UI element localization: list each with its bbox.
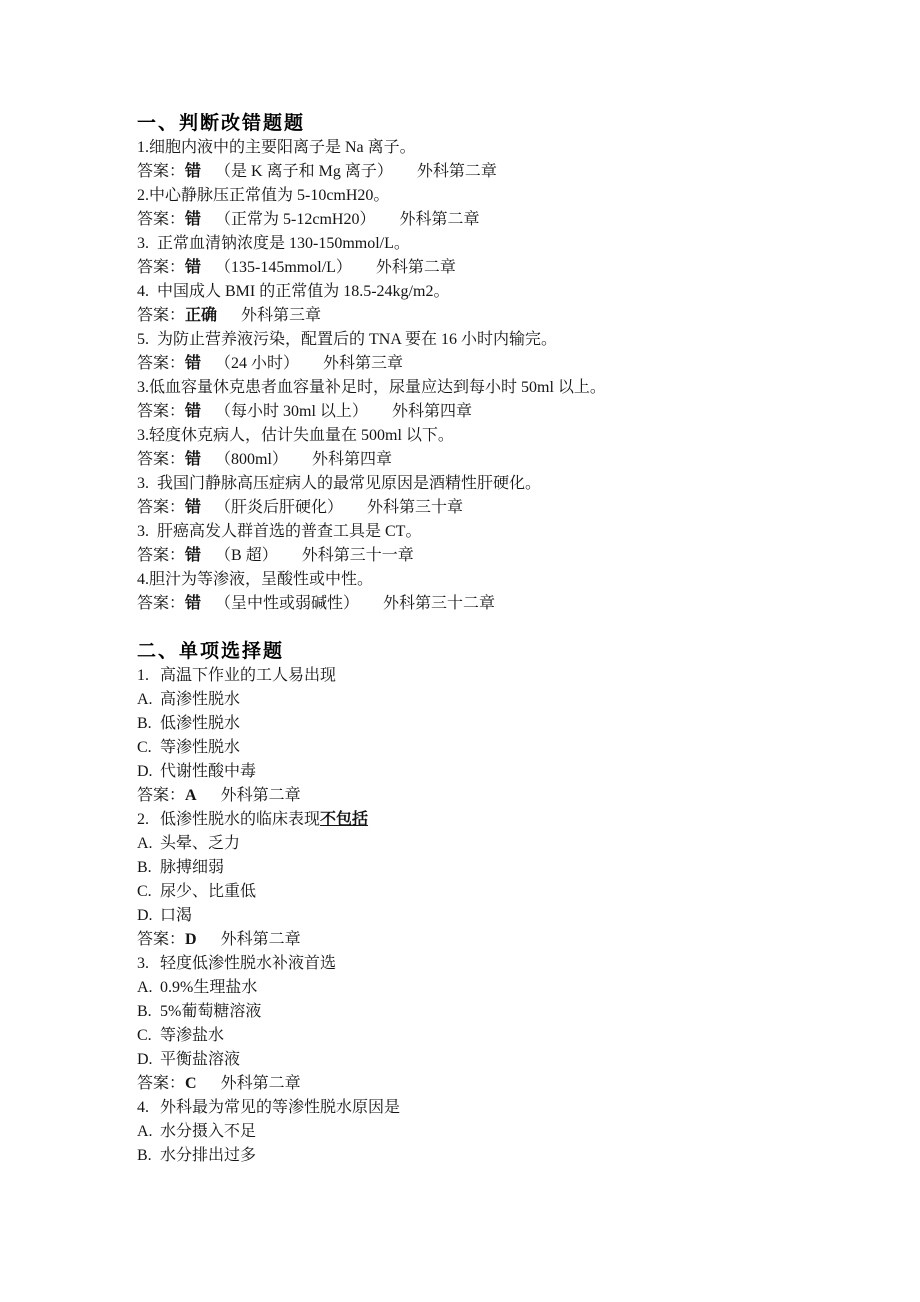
option-text: 尿少、比重低 [160,883,256,900]
question-number: 3. [137,952,160,976]
option-letter: B. [137,712,160,736]
tf-answer-8: 答案：错（肝炎后肝硬化）外科第三十章 [137,496,897,520]
question-text: 外科最为常见的等渗性脱水原因是 [160,1099,400,1116]
option-letter: B. [137,1000,160,1024]
mcq-question-3: 3.轻度低渗性脱水补液首选 [137,952,897,976]
chapter-ref: 外科第三十章 [367,499,463,516]
option-text: 口渴 [160,907,192,924]
chapter-ref: 外科第二章 [221,931,301,948]
chapter-ref: 外科第二章 [221,1075,301,1092]
tf-question-1: 1.细胞内液中的主要阳离子是 Na 离子。 [137,136,897,160]
mcq-option: B.5%葡萄糖溶液 [137,1000,897,1024]
tf-question-4: 4. 中国成人 BMI 的正常值为 18.5-24kg/m2。 [137,280,897,304]
answer-label: 答案： [137,163,185,180]
answer-label: 答案： [137,787,185,804]
question-text: 轻度低渗性脱水补液首选 [160,955,336,972]
tf-answer-3: 答案：错（135-145mmol/L）外科第二章 [137,256,897,280]
answer-verdict: 错 [185,595,201,612]
mcq-option: B.脉搏细弱 [137,856,897,880]
tf-question-10: 4.胆汁为等渗液，呈酸性或中性。 [137,568,897,592]
chapter-ref: 外科第二章 [221,787,301,804]
answer-label: 答案： [137,355,185,372]
answer-correction: （肝炎后肝硬化） [215,499,343,516]
answer-correction: （B 超） [215,547,278,564]
mcq-option: A.水分摄入不足 [137,1120,897,1144]
chapter-ref: 外科第二章 [376,259,456,276]
chapter-ref: 外科第三章 [323,355,403,372]
option-text: 代谢性酸中毒 [160,763,256,780]
answer-label: 答案： [137,211,185,228]
mcq-question-2: 2.低渗性脱水的临床表现不包括 [137,808,897,832]
mcq-option: C.尿少、比重低 [137,880,897,904]
option-text: 水分摄入不足 [160,1123,256,1140]
mcq-question-4: 4.外科最为常见的等渗性脱水原因是 [137,1096,897,1120]
tf-question-6: 3.低血容量休克患者血容量补足时，尿量应达到每小时 50ml 以上。 [137,376,897,400]
question-number: 4. [137,1096,160,1120]
option-text: 高渗性脱水 [160,691,240,708]
answer-verdict: 错 [185,499,201,516]
answer-label: 答案： [137,595,185,612]
option-text: 等渗性脱水 [160,739,240,756]
answer-verdict: 错 [185,403,201,420]
tf-answer-6: 答案：错（每小时 30ml 以上）外科第四章 [137,400,897,424]
answer-label: 答案： [137,451,185,468]
option-letter: A. [137,688,160,712]
answer-correction: （每小时 30ml 以上） [215,403,368,420]
tf-answer-2: 答案：错（正常为 5-12cmH20）外科第二章 [137,208,897,232]
option-text: 头晕、乏力 [160,835,240,852]
chapter-ref: 外科第四章 [312,451,392,468]
tf-question-7: 3.轻度休克病人，估计失血量在 500ml 以下。 [137,424,897,448]
mcq-option: B.低渗性脱水 [137,712,897,736]
tf-question-3: 3. 正常血清钠浓度是 130-150mmol/L。 [137,232,897,256]
section-judgement-heading: 一、判断改错题题 [137,112,897,136]
document-content: 一、判断改错题题 1.细胞内液中的主要阳离子是 Na 离子。 答案：错（是 K … [137,112,897,1168]
answer-verdict: 错 [185,355,201,372]
mcq-answer-2: 答案：D外科第二章 [137,928,897,952]
mcq-option: A.头晕、乏力 [137,832,897,856]
answer-verdict: 错 [185,163,201,180]
mcq-option: D.口渴 [137,904,897,928]
tf-answer-7: 答案：错（800ml）外科第四章 [137,448,897,472]
mcq-option: D.代谢性酸中毒 [137,760,897,784]
mcq-option: B.水分排出过多 [137,1144,897,1168]
chapter-ref: 外科第三十二章 [383,595,495,612]
option-letter: C. [137,736,160,760]
answer-verdict: 错 [185,259,201,276]
answer-correction: （呈中性或弱碱性） [215,595,359,612]
mcq-answer-1: 答案：A外科第二章 [137,784,897,808]
mcq-answer-3: 答案：C外科第二章 [137,1072,897,1096]
question-text: 高温下作业的工人易出现 [160,667,336,684]
chapter-ref: 外科第四章 [392,403,472,420]
question-emphasis: 不包括 [320,811,368,828]
mcq-option: A.0.9%生理盐水 [137,976,897,1000]
tf-question-2: 2.中心静脉压正常值为 5-10cmH20。 [137,184,897,208]
answer-correction: （24 小时） [215,355,299,372]
section-choice-heading: 二、单项选择题 [137,640,897,664]
answer-letter: C [185,1075,197,1092]
answer-label: 答案： [137,259,185,276]
answer-correction: （800ml） [215,451,288,468]
option-text: 0.9%生理盐水 [160,979,257,996]
question-number: 2. [137,808,160,832]
answer-correction: （135-145mmol/L） [215,259,352,276]
option-text: 水分排出过多 [160,1147,256,1164]
option-letter: C. [137,1024,160,1048]
answer-letter: D [185,931,197,948]
chapter-ref: 外科第二章 [417,163,497,180]
tf-answer-9: 答案：错（B 超）外科第三十一章 [137,544,897,568]
option-text: 等渗盐水 [160,1027,224,1044]
mcq-option: D.平衡盐溶液 [137,1048,897,1072]
chapter-ref: 外科第二章 [399,211,479,228]
answer-verdict: 错 [185,211,201,228]
option-letter: D. [137,760,160,784]
option-letter: A. [137,832,160,856]
answer-label: 答案： [137,403,185,420]
option-letter: B. [137,856,160,880]
option-letter: A. [137,976,160,1000]
mcq-option: A.高渗性脱水 [137,688,897,712]
chapter-ref: 外科第三十一章 [302,547,414,564]
option-letter: D. [137,1048,160,1072]
chapter-ref: 外科第三章 [241,307,321,324]
answer-verdict: 错 [185,547,201,564]
option-text: 平衡盐溶液 [160,1051,240,1068]
section-gap [137,616,897,640]
answer-label: 答案： [137,547,185,564]
answer-verdict: 错 [185,451,201,468]
mcq-option: C.等渗性脱水 [137,736,897,760]
question-number: 1. [137,664,160,688]
question-text: 低渗性脱水的临床表现 [160,811,320,828]
answer-label: 答案： [137,499,185,516]
document-page: 一、判断改错题题 1.细胞内液中的主要阳离子是 Na 离子。 答案：错（是 K … [0,0,920,1302]
option-text: 5%葡萄糖溶液 [160,1003,261,1020]
answer-letter: A [185,787,197,804]
option-text: 脉搏细弱 [160,859,224,876]
tf-answer-1: 答案：错（是 K 离子和 Mg 离子）外科第二章 [137,160,897,184]
option-letter: D. [137,904,160,928]
answer-label: 答案： [137,307,185,324]
mcq-option: C.等渗盐水 [137,1024,897,1048]
tf-answer-10: 答案：错（呈中性或弱碱性）外科第三十二章 [137,592,897,616]
option-letter: B. [137,1144,160,1168]
tf-answer-5: 答案：错（24 小时）外科第三章 [137,352,897,376]
answer-correction: （是 K 离子和 Mg 离子） [215,163,393,180]
option-letter: C. [137,880,160,904]
answer-verdict: 正确 [185,307,217,324]
tf-question-9: 3. 肝癌高发人群首选的普查工具是 CT。 [137,520,897,544]
option-letter: A. [137,1120,160,1144]
answer-correction: （正常为 5-12cmH20） [215,211,375,228]
tf-question-5: 5. 为防止营养液污染，配置后的 TNA 要在 16 小时内输完。 [137,328,897,352]
answer-label: 答案： [137,931,185,948]
tf-question-8: 3. 我国门静脉高压症病人的最常见原因是酒精性肝硬化。 [137,472,897,496]
tf-answer-4: 答案：正确外科第三章 [137,304,897,328]
mcq-question-1: 1.高温下作业的工人易出现 [137,664,897,688]
answer-label: 答案： [137,1075,185,1092]
option-text: 低渗性脱水 [160,715,240,732]
